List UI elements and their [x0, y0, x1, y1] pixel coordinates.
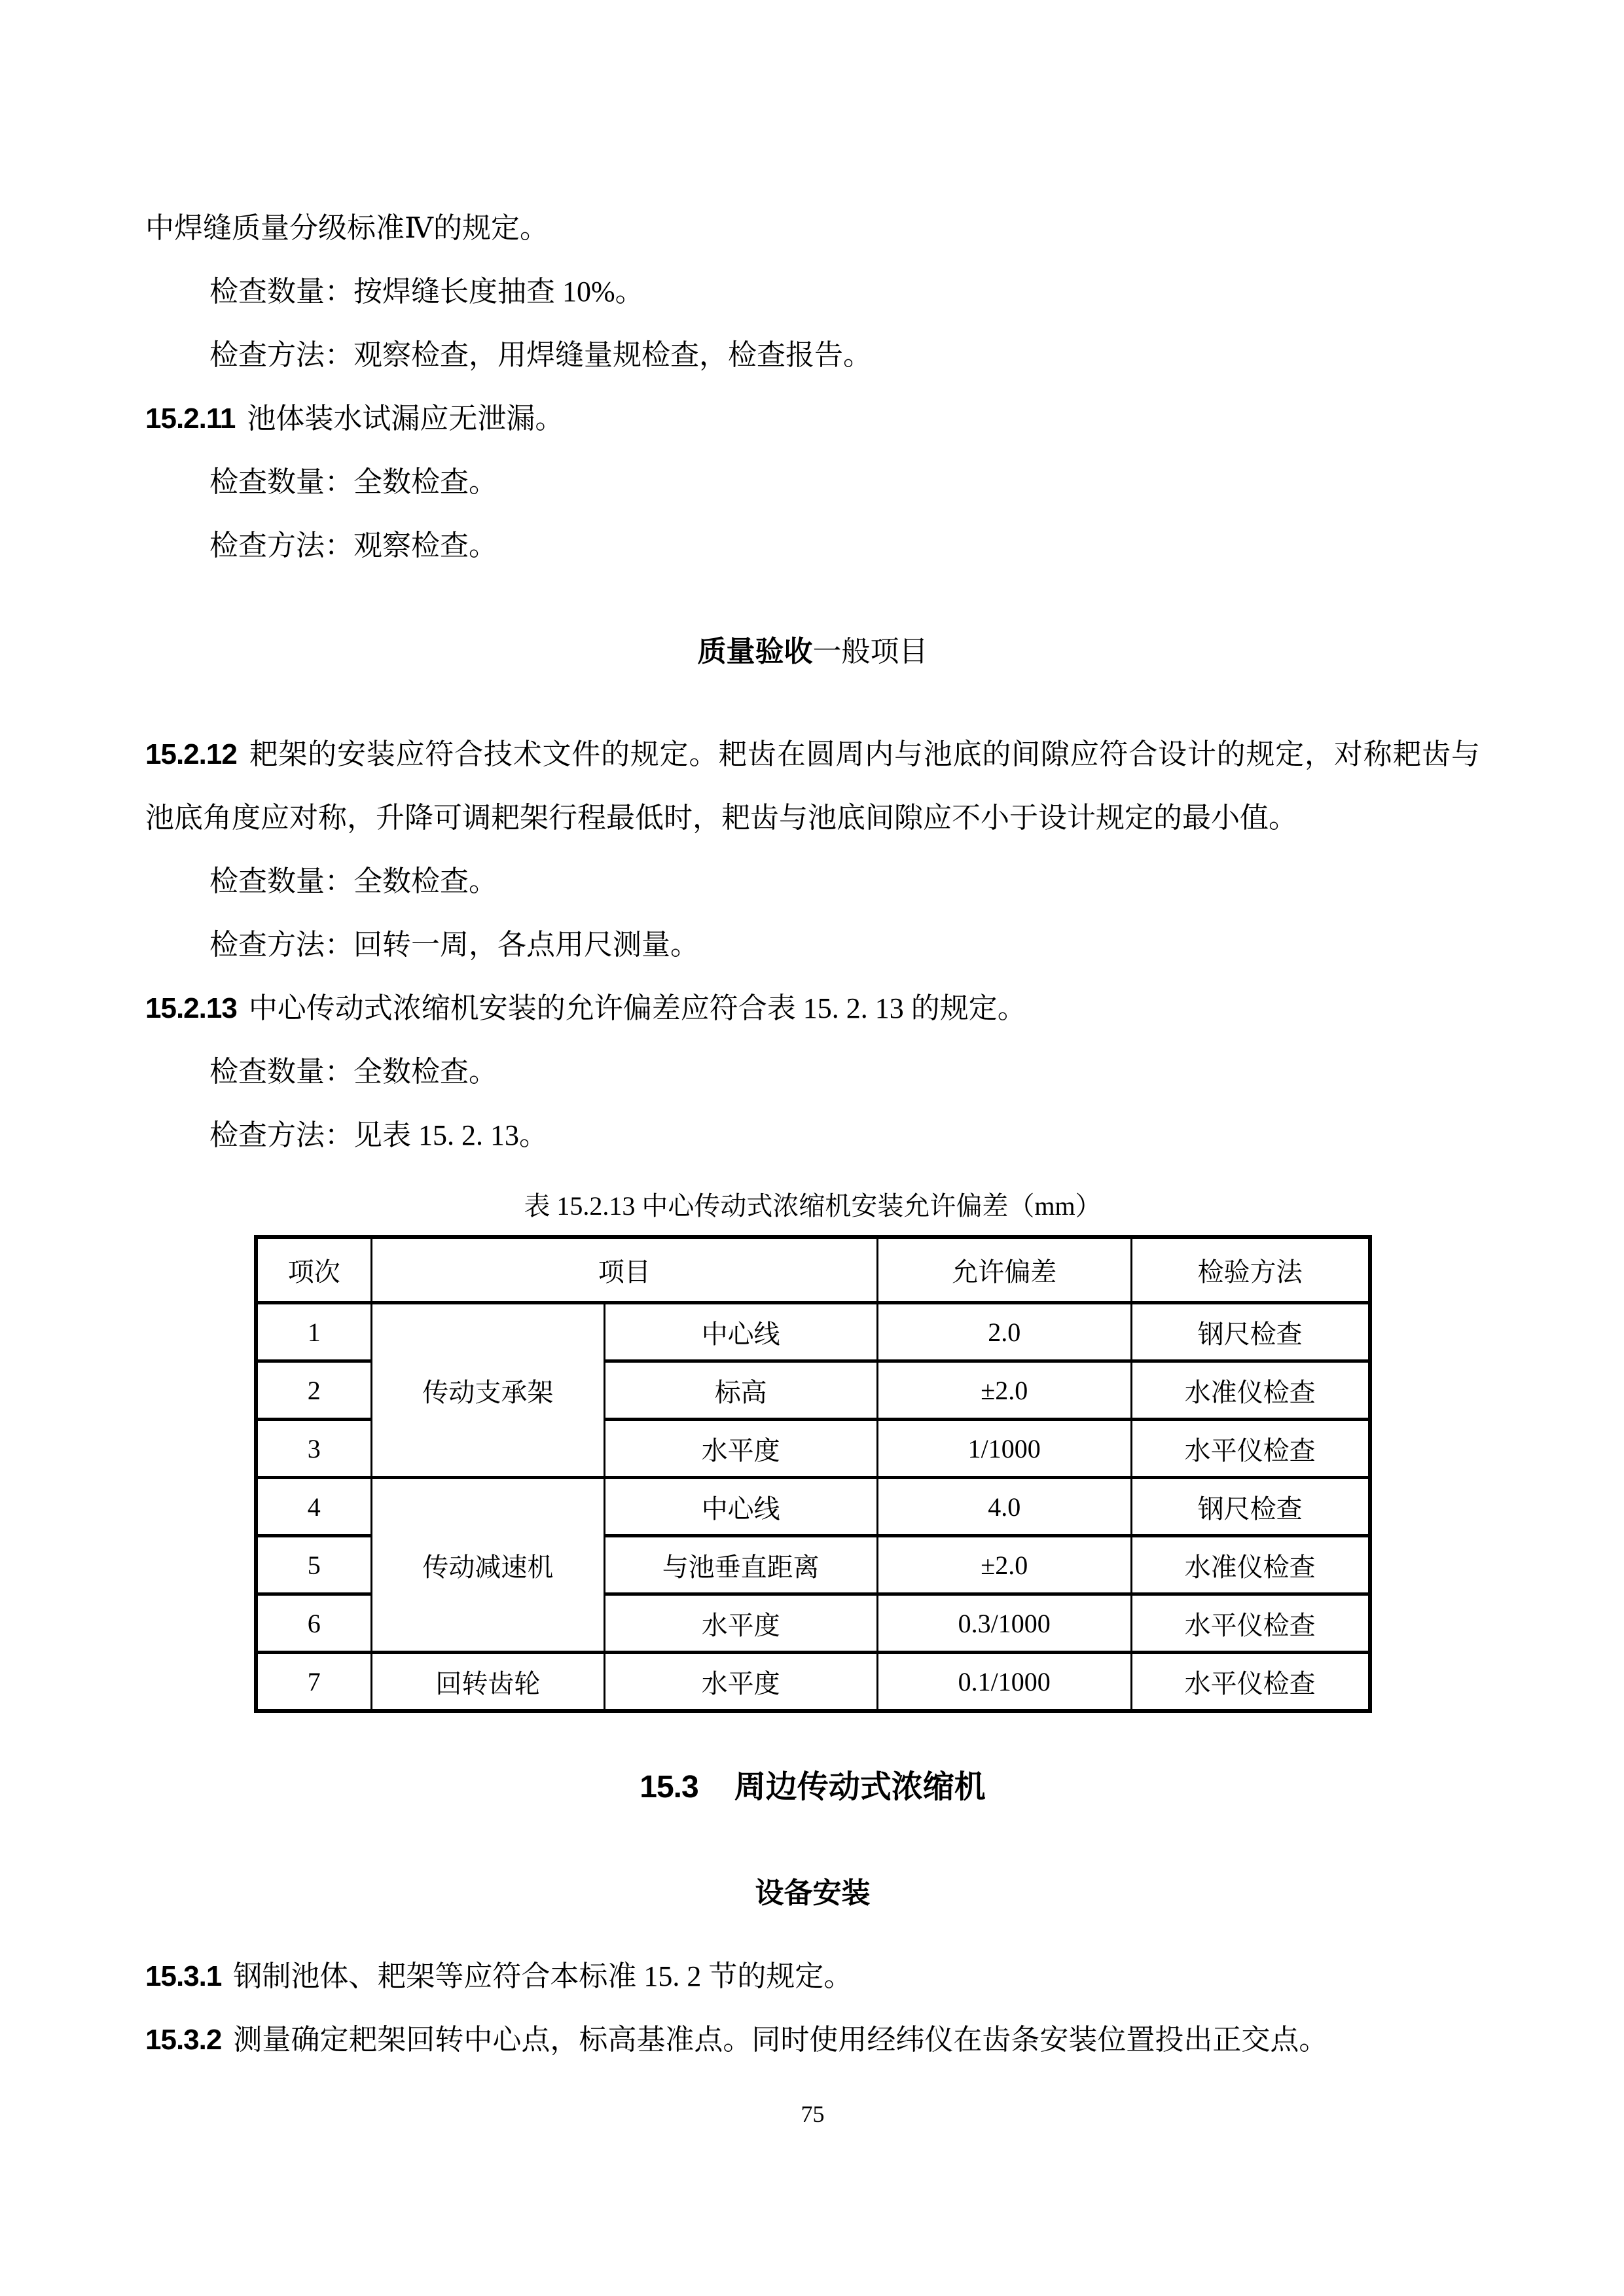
section-number: 15.2.13 [145, 992, 237, 1024]
header-cell-item: 项目 [372, 1237, 878, 1303]
section-15-2-13: 15.2.13中心传动式浓缩机安装的允许偏差应符合表 15. 2. 13 的规定… [145, 977, 1480, 1040]
table-caption: 表 15.2.13 中心传动式浓缩机安装允许偏差（mm） [145, 1187, 1480, 1226]
table-cell-item: 水平度 [604, 1594, 877, 1653]
line-text: 检查方法：观察检查。 [209, 529, 497, 562]
line-text: 检查数量：按焊缝长度抽查 10%。 [209, 276, 644, 308]
heading-quality-acceptance-general: 质量验收一般项目 [145, 620, 1480, 683]
line-text: 检查方法：回转一周，各点用尺测量。 [209, 929, 699, 961]
table-row: 4 传动减速机 中心线 4.0 钢尺检查 [256, 1478, 1370, 1536]
table-cell-item: 水平度 [604, 1653, 877, 1712]
section-15-3-2: 15.3.2测量确定耙架回转中心点，标高基准点。同时使用经纬仪在齿条安装位置投出… [145, 2008, 1480, 2072]
table-row: 7 回转齿轮 水平度 0.1/1000 水平仪检查 [256, 1653, 1370, 1712]
section-number: 15.3.2 [145, 2024, 221, 2056]
table-cell-group: 回转齿轮 [372, 1653, 605, 1712]
table-cell-deviation: 2.0 [877, 1303, 1131, 1361]
section-15-2-12: 15.2.12耙架的安装应符合技术文件的规定。耙齿在圆周内与池底的间隙应符合设计… [145, 723, 1480, 850]
table-cell-group: 传动减速机 [372, 1478, 605, 1653]
table-cell-no: 3 [256, 1420, 372, 1478]
table-cell-method: 钢尺检查 [1131, 1478, 1369, 1536]
section-text: 中心传动式浓缩机安装的允许偏差应符合表 15. 2. 13 的规定。 [249, 992, 1026, 1024]
paragraph-text: 中焊缝质量分级标准Ⅳ的规定。 [145, 212, 549, 244]
section-15-2-11: 15.2.11池体装水试漏应无泄漏。 [145, 387, 1480, 450]
line-text: 检查方法：观察检查，用焊缝量规检查，检查报告。 [209, 339, 872, 371]
table-cell-deviation: ±2.0 [877, 1361, 1131, 1420]
check-quantity-line: 检查数量：按焊缝长度抽查 10%。 [145, 260, 1480, 323]
table-cell-method: 水平仪检查 [1131, 1594, 1369, 1653]
table-cell-deviation: 0.1/1000 [877, 1653, 1131, 1712]
line-text: 检查方法：见表 15. 2. 13。 [209, 1119, 548, 1151]
section-number: 15.3.1 [145, 1960, 221, 1992]
table-cell-group: 传动支承架 [372, 1303, 605, 1478]
line-text: 检查数量：全数检查。 [209, 466, 497, 498]
heading-normal-part: 一般项目 [813, 636, 928, 668]
table-cell-item: 中心线 [604, 1303, 877, 1361]
check-method-line: 检查方法：回转一周，各点用尺测量。 [145, 913, 1480, 977]
document-page: 中焊缝质量分级标准Ⅳ的规定。 检查数量：按焊缝长度抽查 10%。 检查方法：观察… [0, 0, 1624, 2296]
table-cell-no: 5 [256, 1536, 372, 1594]
table-cell-method: 水平仪检查 [1131, 1653, 1369, 1712]
line-text: 检查数量：全数检查。 [209, 1056, 497, 1088]
table-cell-deviation: 4.0 [877, 1478, 1131, 1536]
header-cell-no: 项次 [256, 1237, 372, 1303]
section-text: 池体装水试漏应无泄漏。 [247, 403, 564, 435]
check-method-line: 检查方法：观察检查，用焊缝量规检查，检查报告。 [145, 323, 1480, 387]
section-number: 15.2.12 [145, 738, 237, 770]
section-text: 钢制池体、耙架等应符合本标准 15. 2 节的规定。 [233, 1960, 852, 1992]
table-header-row: 项次 项目 允许偏差 检验方法 [256, 1237, 1370, 1303]
paragraph-continuation: 中焊缝质量分级标准Ⅳ的规定。 [145, 196, 1480, 260]
table-cell-item: 与池垂直距离 [604, 1536, 877, 1594]
section-text: 测量确定耙架回转中心点，标高基准点。同时使用经纬仪在齿条安装位置投出正交点。 [233, 2024, 1327, 2056]
table-cell-no: 1 [256, 1303, 372, 1361]
check-method-line: 检查方法：观察检查。 [145, 514, 1480, 577]
table-cell-deviation: 0.3/1000 [877, 1594, 1131, 1653]
check-method-line: 检查方法：见表 15. 2. 13。 [145, 1103, 1480, 1167]
heading-equipment-install: 设备安装 [145, 1861, 1480, 1925]
section-number: 15.2.11 [145, 403, 235, 435]
line-text: 检查数量：全数检查。 [209, 865, 497, 897]
section-15-3-1: 15.3.1钢制池体、耙架等应符合本标准 15. 2 节的规定。 [145, 1945, 1480, 2008]
table-row: 1 传动支承架 中心线 2.0 钢尺检查 [256, 1303, 1370, 1361]
header-cell-method: 检验方法 [1131, 1237, 1369, 1303]
heading-15-3: 15.3周边传动式浓缩机 [145, 1755, 1480, 1819]
table-cell-method: 钢尺检查 [1131, 1303, 1369, 1361]
check-quantity-line: 检查数量：全数检查。 [145, 850, 1480, 913]
check-quantity-line: 检查数量：全数检查。 [145, 1040, 1480, 1103]
table-cell-item: 中心线 [604, 1478, 877, 1536]
heading-title: 周边传动式浓缩机 [734, 1770, 986, 1804]
table-cell-item: 水平度 [604, 1420, 877, 1478]
section-number: 15.3 [640, 1770, 698, 1804]
table-cell-no: 2 [256, 1361, 372, 1420]
table-cell-method: 水准仪检查 [1131, 1536, 1369, 1594]
section-text: 耙架的安装应符合技术文件的规定。耙齿在圆周内与池底的间隙应符合设计的规定，对称耙… [145, 738, 1480, 834]
table-cell-item: 标高 [604, 1361, 877, 1420]
check-quantity-line: 检查数量：全数检查。 [145, 450, 1480, 514]
table-cell-method: 水平仪检查 [1131, 1420, 1369, 1478]
table-cell-no: 6 [256, 1594, 372, 1653]
heading-bold-part: 质量验收 [698, 636, 813, 668]
table-cell-no: 7 [256, 1653, 372, 1712]
table-cell-method: 水准仪检查 [1131, 1361, 1369, 1420]
header-cell-deviation: 允许偏差 [877, 1237, 1131, 1303]
deviation-table: 项次 项目 允许偏差 检验方法 1 传动支承架 中心线 2.0 钢尺检查 2 标… [254, 1235, 1372, 1713]
page-number: 75 [145, 2098, 1480, 2130]
table-cell-no: 4 [256, 1478, 372, 1536]
table-cell-deviation: ±2.0 [877, 1536, 1131, 1594]
table-cell-deviation: 1/1000 [877, 1420, 1131, 1478]
